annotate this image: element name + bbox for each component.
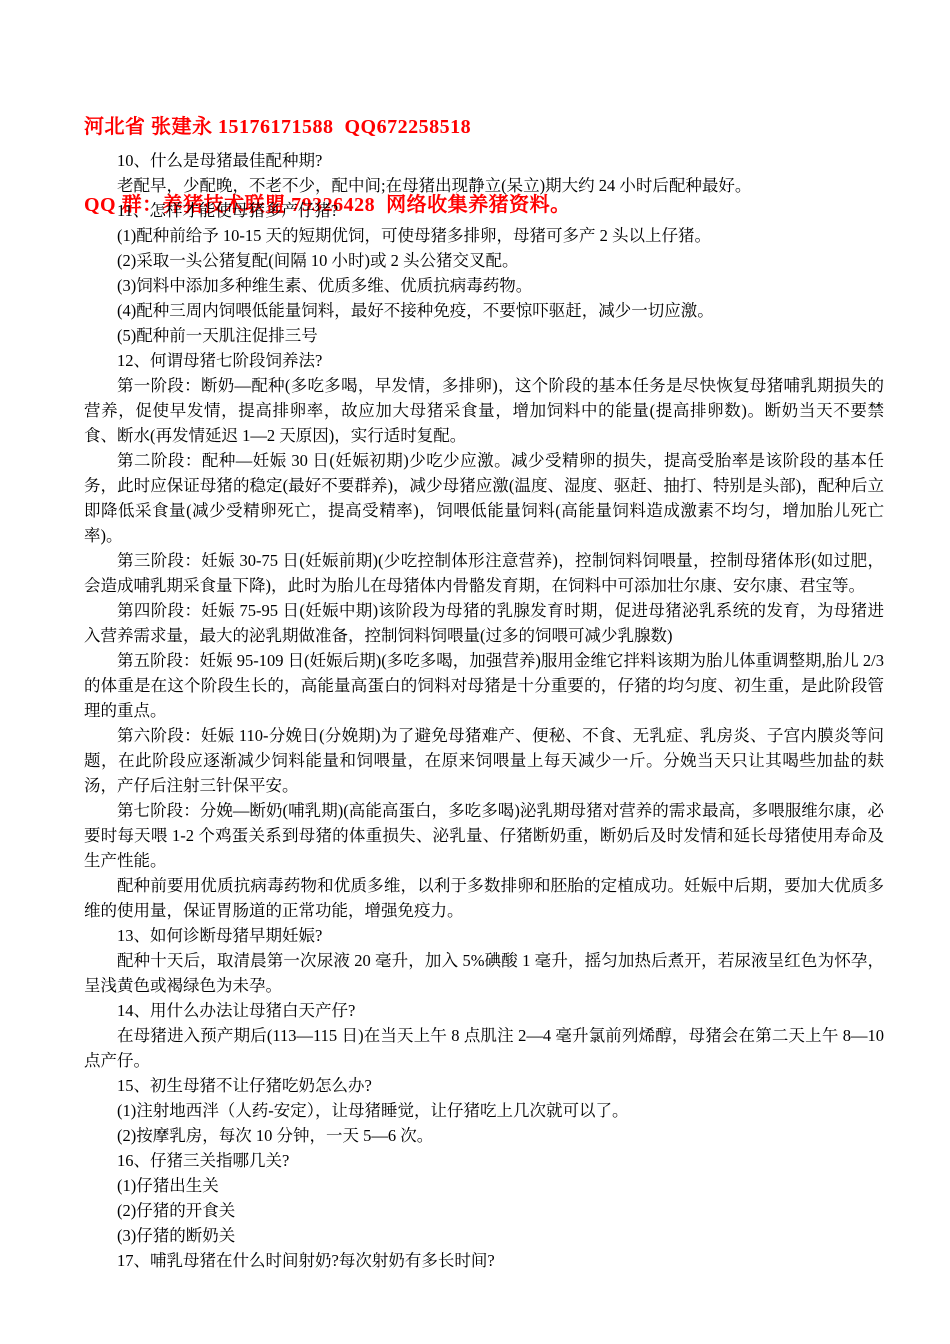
answer-15-item-1: (1)注射地西泮（人药-安定），让母猪睡觉，让仔猪吃上几次就可以了。 [84,1098,884,1123]
answer-11-item-4: (4)配种三周内饲喂低能量饲料，最好不接种免疫，不要惊吓驱赶，减少一切应激。 [84,298,884,323]
document-body: 10、什么是母猪最佳配种期? 老配早，少配晚，不老不少，配中间;在母猪出现静立(… [84,148,884,1273]
question-15: 15、初生母猪不让仔猪吃奶怎么办? [84,1073,884,1098]
question-14: 14、用什么办法让母猪白天产仔? [84,998,884,1023]
stage-5-paragraph: 第五阶段：妊娠 95-109 日(妊娠后期)(多吃多喝，加强营养)服用金维它拌料… [84,648,884,723]
answer-10: 老配早，少配晚，不老不少，配中间;在母猪出现静立(呆立)期大约 24 小时后配种… [84,173,884,198]
question-17: 17、哺乳母猪在什么时间射奶?每次射奶有多长时间? [84,1248,884,1273]
answer-16-item-1: (1)仔猪出生关 [84,1173,884,1198]
stage-3-paragraph: 第三阶段：妊娠 30-75 日(妊娠前期)(少吃控制体形注意营养)，控制饲料饲喂… [84,548,884,598]
question-13: 13、如何诊断母猪早期妊娠? [84,923,884,948]
answer-13: 配种十天后，取清晨第一次尿液 20 毫升，加入 5%碘酸 1 毫升，摇匀加热后煮… [84,948,884,998]
answer-11-item-1: (1)配种前给予 10-15 天的短期优饲，可使母猪多排卵，母猪可多产 2 头以… [84,223,884,248]
answer-15-item-2: (2)按摩乳房，每次 10 分钟，一天 5—6 次。 [84,1123,884,1148]
question-16: 16、仔猪三关指哪几关? [84,1148,884,1173]
answer-11-item-5: (5)配种前一天肌注促排三号 [84,323,884,348]
question-12: 12、何谓母猪七阶段饲养法? [84,348,884,373]
stage-2-paragraph: 第二阶段：配种—妊娠 30 日(妊娠初期)少吃少应激。减少受精卵的损失，提高受胎… [84,448,884,548]
answer-11-item-3: (3)饲料中添加多种维生素、优质多维、优质抗病毒药物。 [84,273,884,298]
stage-1-paragraph: 第一阶段：断奶—配种(多吃多喝，早发情，多排卵)，这个阶段的基本任务是尽快恢复母… [84,373,884,448]
answer-16-item-3: (3)仔猪的断奶关 [84,1223,884,1248]
document-page: 河北省 张建永 15176171588 QQ672258518 QQ 群：养猪技… [0,0,950,1344]
question-11: 11、怎样才能使母猪多产仔猪? [84,198,884,223]
stage-7-paragraph: 第七阶段：分娩—断奶(哺乳期)(高能高蛋白，多吃多喝)泌乳期母猪对营养的需求最高… [84,798,884,873]
stage-4-paragraph: 第四阶段：妊娠 75-95 日(妊娠中期)该阶段为母猪的乳腺发育时期，促进母猪泌… [84,598,884,648]
answer-11-item-2: (2)采取一头公猪复配(间隔 10 小时)或 2 头公猪交叉配。 [84,248,884,273]
stage-note-paragraph: 配种前要用优质抗病毒药物和优质多维，以利于多数排卵和胚胎的定植成功。妊娠中后期，… [84,873,884,923]
header-contact-line: 河北省 张建永 15176171588 QQ672258518 [84,114,571,140]
stage-6-paragraph: 第六阶段：妊娠 110-分娩日(分娩期)为了避免母猪难产、便秘、不食、无乳症、乳… [84,723,884,798]
answer-14: 在母猪进入预产期后(113—115 日)在当天上午 8 点肌注 2—4 毫升氯前… [84,1023,884,1073]
question-10: 10、什么是母猪最佳配种期? [84,148,884,173]
answer-16-item-2: (2)仔猪的开食关 [84,1198,884,1223]
